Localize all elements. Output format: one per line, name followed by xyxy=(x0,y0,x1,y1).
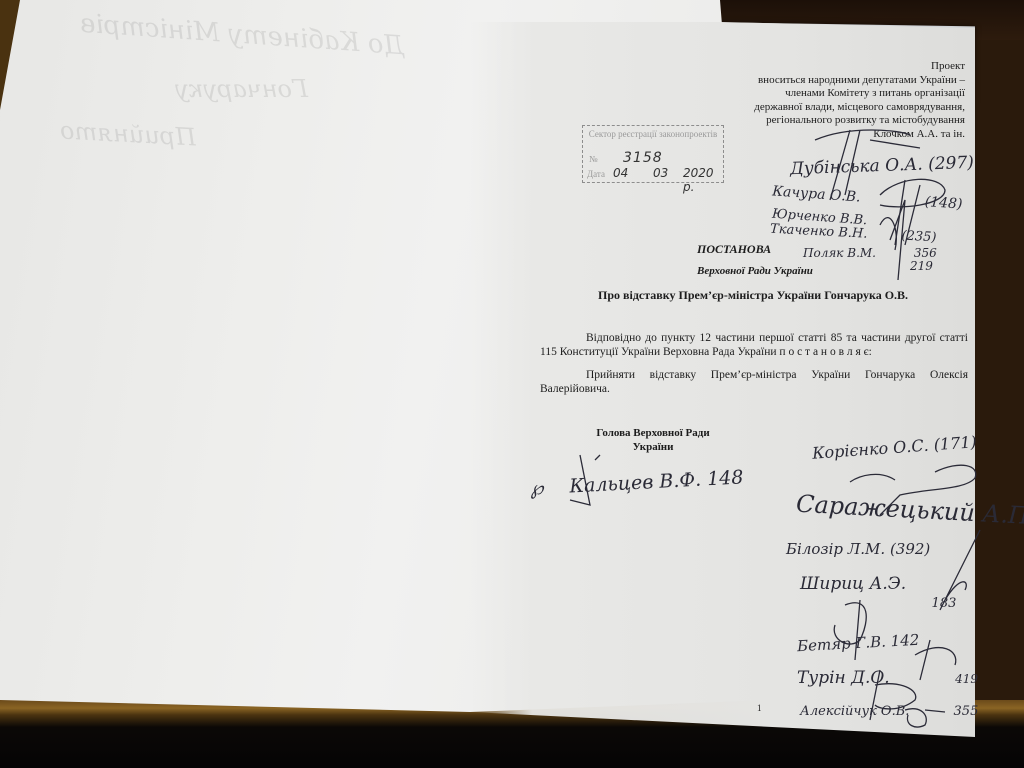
document-page xyxy=(470,22,990,737)
